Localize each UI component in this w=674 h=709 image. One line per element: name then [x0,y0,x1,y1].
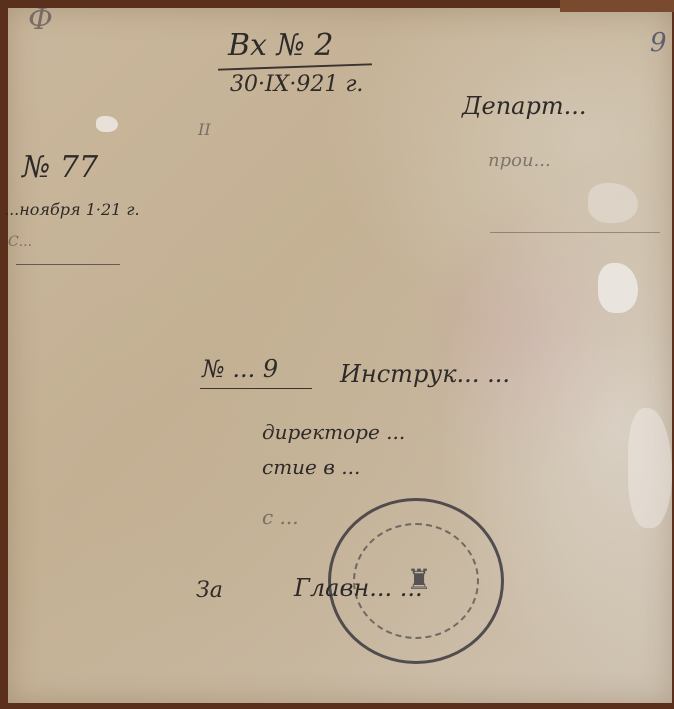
incoming-date: 30·IX·921 г. [230,72,363,97]
paper-damage-spot [96,116,118,132]
addressee-line-2: прои... [488,150,551,171]
addressee-underline [490,232,660,233]
addressee-line-1: Департ... [462,92,587,120]
corner-mark: Ф [28,2,53,37]
seal-emblem-icon: ♜ [399,563,439,603]
document-date-line: ...ноября 1·21 г. [4,200,140,219]
seal-inner-ring: ♜ [353,523,479,639]
paper-damage-spot [628,408,672,528]
paper-damage-spot [598,263,638,313]
official-seal: ♜ [328,498,504,664]
page-number: 9 [650,28,667,58]
left-block-line-3: С... [8,234,32,250]
incoming-label: Вх № 2 [228,28,334,63]
left-block-underline [16,264,120,265]
reference-underline [200,388,312,389]
body-line-4: с ... [262,505,299,529]
body-line-2: директоре ... [262,420,405,444]
signature-prefix: За [196,578,223,603]
faint-mark: II [198,120,211,139]
document-number: № 77 [22,150,98,185]
body-line-1: Инструк... ... [340,360,510,388]
frame-edge [560,0,674,12]
paper-damage-spot [588,183,638,223]
body-line-3: стие в ... [262,455,360,479]
reference-number: № ... 9 [202,355,278,383]
